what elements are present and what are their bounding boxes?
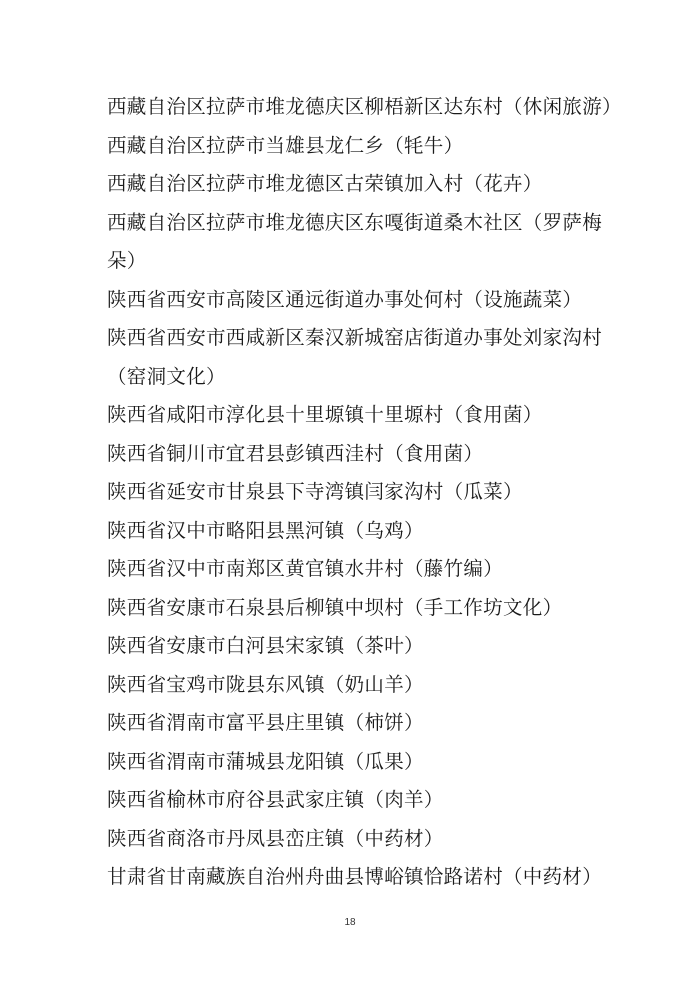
text-line: 陕西省商洛市丹凤县峦庄镇（中药材） [107,820,597,859]
text-line: 西藏自治区拉萨市堆龙德庆区柳梧新区达东村（休闲旅游） [107,88,597,127]
text-line: 陕西省西安市西咸新区秦汉新城窑店街道办事处刘家沟村 [107,319,597,358]
text-line: 陕西省渭南市蒲城县龙阳镇（瓜果） [107,743,597,782]
text-line: 西藏自治区拉萨市当雄县龙仁乡（牦牛） [107,127,597,166]
text-line: 陕西省西安市高陵区通远街道办事处何村（设施蔬菜） [107,281,597,320]
text-line: 陕西省咸阳市淳化县十里塬镇十里塬村（食用菌） [107,396,597,435]
text-line: 甘肃省甘南藏族自治州舟曲县博峪镇恰路诺村（中药材） [107,858,597,897]
text-line: 陕西省安康市石泉县后柳镇中坝村（手工作坊文化） [107,589,597,628]
text-line: 西藏自治区拉萨市堆龙德区古荣镇加入村（花卉） [107,165,597,204]
text-line: 陕西省安康市白河县宋家镇（茶叶） [107,627,597,666]
text-line: 陕西省汉中市南郑区黄官镇水井村（藤竹编） [107,550,597,589]
text-line: 陕西省渭南市富平县庄里镇（柿饼） [107,704,597,743]
text-line: 朵） [107,242,597,281]
text-line: 陕西省铜川市宜君县彭镇西洼村（食用菌） [107,435,597,474]
text-line: 陕西省汉中市略阳县黑河镇（乌鸡） [107,512,597,551]
page-number: 18 [0,917,700,928]
text-line: 陕西省延安市甘泉县下寺湾镇闫家沟村（瓜菜） [107,473,597,512]
text-line: （窑洞文化） [107,358,597,397]
text-line: 陕西省宝鸡市陇县东风镇（奶山羊） [107,666,597,705]
document-body: 西藏自治区拉萨市堆龙德庆区柳梧新区达东村（休闲旅游） 西藏自治区拉萨市当雄县龙仁… [107,88,597,897]
text-line: 西藏自治区拉萨市堆龙德庆区东嘎街道桑木社区（罗萨梅 [107,204,597,243]
text-line: 陕西省榆林市府谷县武家庄镇（肉羊） [107,781,597,820]
